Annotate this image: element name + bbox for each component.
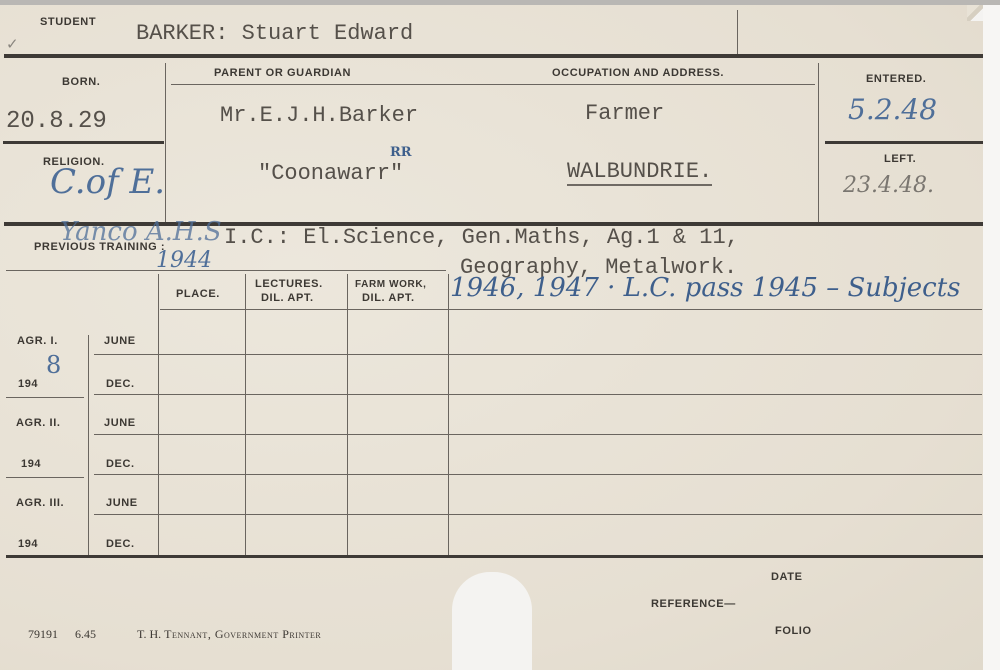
property-correction: RR [390, 145, 412, 160]
born-label: BORN. [62, 76, 100, 88]
left-value: 23.4.48. [843, 173, 934, 198]
date-label: DATE [771, 571, 803, 583]
parent-property: "Coonawarr" [258, 161, 403, 186]
occupation-value: Farmer [585, 101, 664, 126]
rule [6, 477, 84, 478]
table-header-place: PLACE. [176, 288, 220, 300]
entered-value: 5.2.48 [848, 93, 937, 126]
rule [94, 434, 982, 435]
printer-prefix: T. H. [137, 627, 164, 641]
rule [160, 309, 982, 310]
rule [94, 354, 982, 355]
previous-training-line1: I.C.: El.Science, Gen.Maths, Ag.1 & 11, [224, 225, 739, 250]
row-agr3-year: 194 [18, 538, 38, 550]
row-agr3-june: JUNE [106, 497, 138, 509]
card-corner [967, 5, 983, 21]
previous-training-label: PREVIOUS TRAINING : [34, 241, 165, 253]
rule [6, 555, 983, 558]
born-value: 20.8.29 [6, 108, 107, 135]
row-agr1-year-suffix: 8 [46, 351, 61, 379]
address-value: WALBUNDRIE. [567, 159, 712, 186]
row-agr1-june: JUNE [104, 335, 136, 347]
divider [737, 10, 738, 54]
left-label: LEFT. [884, 153, 916, 165]
rule [6, 270, 446, 271]
row-agr1-label: AGR. I. [17, 335, 58, 347]
printer-name: Tennant, Government Printer [164, 627, 321, 641]
row-agr2-year: 194 [21, 458, 41, 470]
student-record-card: ✓ STUDENT BARKER: Stuart Edward BORN. 20… [0, 5, 983, 670]
previous-training-note: 1946, 1947 · L.C. pass 1945 – Subjects [450, 273, 960, 303]
card-filing-notch-stem [462, 615, 520, 670]
row-agr2-dec: DEC. [106, 458, 135, 470]
rule [94, 514, 982, 515]
student-label: STUDENT [40, 16, 96, 28]
divider [818, 63, 819, 223]
occupation-label: OCCUPATION AND ADDRESS. [552, 67, 724, 79]
row-agr2-june: JUNE [104, 417, 136, 429]
entered-label: ENTERED. [866, 73, 926, 85]
check-mark-icon: ✓ [6, 35, 19, 53]
student-name: BARKER: Stuart Edward [136, 21, 413, 46]
table-header-lectures: LECTURES. [255, 278, 323, 290]
rule [6, 397, 84, 398]
rule [94, 474, 982, 475]
rule [4, 54, 983, 58]
parent-name: Mr.E.J.H.Barker [220, 103, 418, 128]
rule [3, 141, 164, 144]
row-agr1-year: 194 [18, 378, 38, 390]
row-agr1-dec: DEC. [106, 378, 135, 390]
reference-label: REFERENCE— [651, 598, 736, 610]
rule [825, 141, 983, 144]
row-agr2-label: AGR. II. [16, 417, 61, 429]
divider [88, 335, 89, 557]
scan-margin [983, 5, 1000, 670]
folio-label: FOLIO [775, 625, 812, 637]
parent-label: PARENT OR GUARDIAN [214, 67, 351, 79]
row-agr3-label: AGR. III. [16, 497, 64, 509]
divider [165, 63, 166, 223]
rule [94, 394, 982, 395]
printer-imprint: 79191 6.45 T. H. Tennant, Government Pri… [28, 627, 321, 642]
form-date: 6.45 [75, 627, 96, 641]
form-number: 79191 [28, 627, 58, 641]
rule [171, 84, 815, 85]
row-agr3-dec: DEC. [106, 538, 135, 550]
table-header-lectures-sub: DIL. APT. [261, 292, 314, 304]
religion-value: C.of E. [50, 162, 165, 202]
table-header-farm: FARM WORK, [355, 279, 427, 290]
table-header-farm-sub: DIL. APT. [362, 292, 415, 304]
